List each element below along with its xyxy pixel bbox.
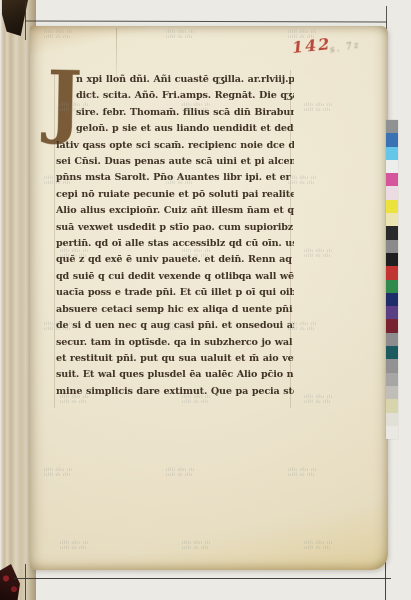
manuscript-text-line: suā vexwet usdedit p stīo pao. cum supio… bbox=[56, 220, 294, 236]
manuscript-text-line: Alio alius excipion̄r. Cuiz an̄t illesm … bbox=[56, 203, 294, 219]
watermark-stamp: ılllı ıllıı ılı ıılll ılı ıllı bbox=[304, 249, 333, 260]
color-calibration-bar bbox=[386, 120, 398, 439]
color-calibration-patch bbox=[386, 413, 398, 426]
watermark-stamp: ılllı ıllıı ılı ıılll ılı ıllı bbox=[60, 395, 89, 406]
watermark-stamp: ılllı ıllıı ılı ıılll ılı ıllı bbox=[166, 176, 195, 187]
color-calibration-patch bbox=[386, 280, 398, 293]
color-calibration-patch bbox=[386, 319, 398, 332]
color-calibration-patch bbox=[386, 240, 398, 253]
watermark-stamp: ılllı ıllıı ılı ıılll ılı ıllı bbox=[182, 395, 211, 406]
watermark-stamp: ılllı ıllıı ılı ıılll ılı ıllı bbox=[44, 322, 73, 333]
manuscript-text-line: pertin̄. qd oī alle stas accessiblz qd c… bbox=[56, 236, 294, 252]
color-calibration-patch bbox=[386, 186, 398, 199]
watermark-stamp: ılllı ıllıı ılı ıılll ılı ıllı bbox=[288, 468, 317, 479]
manuscript-text-line: cepi nō ruiate pecunie et pō soluti pai … bbox=[56, 187, 294, 203]
color-calibration-patch bbox=[386, 399, 398, 412]
watermark-stamp: ılllı ıllıı ılı ıılll ılı ıllı bbox=[60, 249, 89, 260]
watermark-stamp: ılllı ıllıı ılı ıılll ılı ıllı bbox=[44, 468, 73, 479]
watermark-stamp: ılllı ıllıı ılı ıılll ılı ıllı bbox=[166, 30, 195, 41]
color-calibration-patch bbox=[386, 426, 398, 439]
color-calibration-patch bbox=[386, 373, 398, 386]
color-calibration-patch bbox=[386, 133, 398, 146]
color-calibration-patch bbox=[386, 173, 398, 186]
manuscript-text-line: gelon̄. p sie et aus liando uendidit et … bbox=[56, 121, 294, 137]
manuscript-text-line: suit. Et wal ques plusdel ēa ualēc Alio … bbox=[56, 367, 294, 383]
color-calibration-patch bbox=[386, 147, 398, 160]
color-calibration-patch bbox=[386, 120, 398, 133]
manuscript-text-line: n xpi lloñ dñi. Añi cuastē qʒilla. ar.rl… bbox=[56, 72, 294, 88]
color-calibration-patch bbox=[386, 213, 398, 226]
manuscript-text-line: et restituit pn̄i. put qu sua ualuit et … bbox=[56, 351, 294, 367]
watermark-stamp: ılllı ıllıı ılı ıılll ılı ıllı bbox=[44, 176, 73, 187]
watermark-stamp: ılllı ıllıı ılı ıılll ılı ıllı bbox=[304, 103, 333, 114]
manuscript-text-line: secur. tam in optīsde. qa in subzherco j… bbox=[56, 335, 294, 351]
color-calibration-patch bbox=[386, 266, 398, 279]
color-calibration-patch bbox=[386, 386, 398, 399]
color-calibration-patch bbox=[386, 333, 398, 346]
manuscript-text-line: sire. febr. Thomam̄. filius scā din̄ Bir… bbox=[56, 105, 294, 121]
manuscript-text-line: mine simplicis dare extimut. Que pa peci… bbox=[56, 384, 294, 400]
manuscript-text-line: uacīa poss e trade pn̄i. Et cū illet p o… bbox=[56, 285, 294, 301]
color-calibration-patch bbox=[386, 200, 398, 213]
crop-tick-bottom-left bbox=[25, 564, 26, 600]
watermark-stamp: ılllı ıllıı ılı ıılll ılı ıllı bbox=[44, 30, 73, 41]
manuscript-text-line: qd suiē q cui dedit vexende q otlibqa wa… bbox=[56, 269, 294, 285]
watermark-stamp: ılllı ıllıı ılı ıılll ılı ıllı bbox=[60, 541, 89, 552]
watermark-stamp: ılllı ıllıı ılı ıılll ılı ıllı bbox=[182, 249, 211, 260]
color-calibration-patch bbox=[386, 293, 398, 306]
color-calibration-patch bbox=[386, 359, 398, 372]
color-calibration-patch bbox=[386, 160, 398, 173]
crop-line-bottom bbox=[14, 578, 391, 579]
watermark-stamp: ılllı ıllıı ılı ıılll ılı ıllı bbox=[166, 468, 195, 479]
color-calibration-patch bbox=[386, 253, 398, 266]
watermark-stamp: ılllı ıllıı ılı ıılll ılı ıllı bbox=[304, 541, 333, 552]
watermark-stamp: ılllı ıllıı ılı ıılll ılı ıllı bbox=[288, 322, 317, 333]
crop-tick-top-left bbox=[25, 2, 26, 40]
manuscript-text-line: absuere cetaci semp hic ex aliqa d uente… bbox=[56, 302, 294, 318]
watermark-stamp: ılllı ıllıı ılı ıılll ılı ıllı bbox=[288, 30, 317, 41]
manuscript-text-line: sei Cn̄si. Duas penas aute scā uini et p… bbox=[56, 154, 294, 170]
watermark-stamp: ılllı ıllıı ılı ıılll ılı ıllı bbox=[288, 176, 317, 187]
watermark-stamp: ılllı ıllıı ılı ıılll ılı ıllı bbox=[60, 103, 89, 114]
manuscript-text-block: n xpi lloñ dñi. Añi cuastē qʒilla. ar.rl… bbox=[56, 72, 294, 400]
manuscript-text-line: dict. scita. Añō. Fri.amps. Regnāt. Die … bbox=[56, 88, 294, 104]
manuscript-text-line: lativ qass opte sci scam̄. recipienc noi… bbox=[56, 138, 294, 154]
watermark-stamp: ılllı ıllıı ılı ıılll ılı ıllı bbox=[166, 322, 195, 333]
watermark-stamp: ılllı ıllıı ılı ıılll ılı ıllı bbox=[304, 395, 333, 406]
color-calibration-patch bbox=[386, 346, 398, 359]
crop-line-top bbox=[25, 21, 387, 23]
watermark-stamp: ılllı ıllıı ılı ıılll ılı ıllı bbox=[182, 541, 211, 552]
color-calibration-patch bbox=[386, 306, 398, 319]
manuscript-text-line: quē z qd exē ē univ pauete. et dein̄. Re… bbox=[56, 252, 294, 268]
color-calibration-patch bbox=[386, 226, 398, 239]
watermark-stamp: ılllı ıllıı ılı ıılll ılı ıllı bbox=[182, 103, 211, 114]
